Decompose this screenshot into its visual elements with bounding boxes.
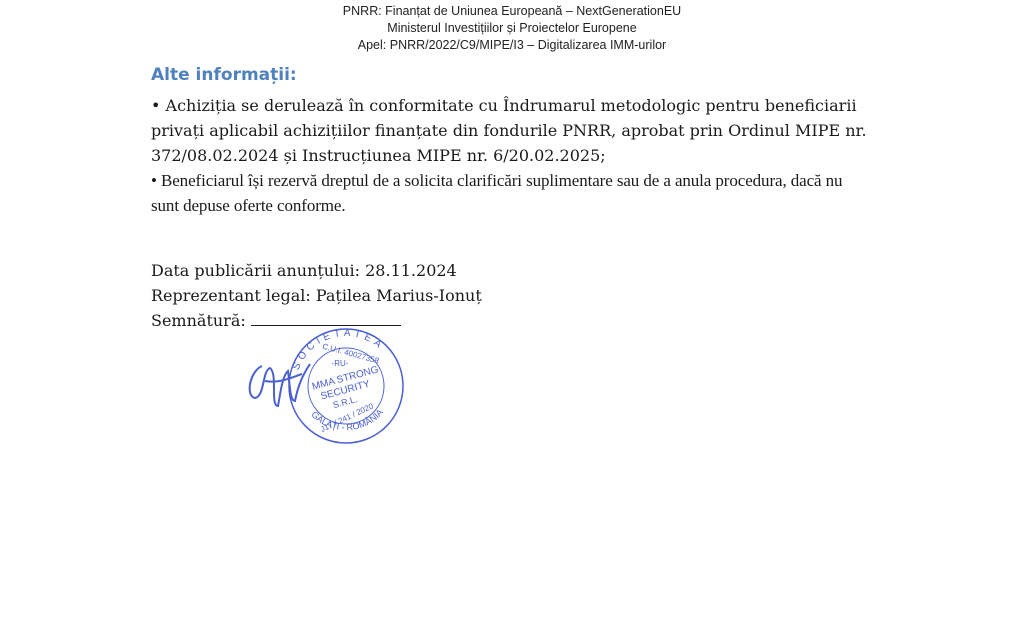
header-line-1: PNRR: Finanțat de Uniunea Europeană – Ne… (0, 3, 1024, 20)
signature-label: Semnătură: (151, 311, 251, 330)
document-footer: Data publicării anunțului: 28.11.2024 Re… (151, 258, 482, 333)
header-line-2: Ministerul Investițiilor și Proiectelor … (0, 20, 1024, 37)
bullet-item: • Achiziția se derulează în conformitate… (151, 93, 871, 168)
company-stamp: SOCIETATEA GALAȚI - ROMÂNIA C.U.I. 40027… (240, 326, 410, 456)
section-title: Alte informații: (151, 65, 297, 85)
publication-date: Data publicării anunțului: 28.11.2024 (151, 258, 482, 283)
stamp-seal-icon: SOCIETATEA GALAȚI - ROMÂNIA C.U.I. 40027… (289, 328, 403, 443)
header-line-3: Apel: PNRR/2022/C9/MIPE/I3 – Digitalizar… (0, 37, 1024, 54)
document-header: PNRR: Finanțat de Uniunea Europeană – Ne… (0, 3, 1024, 54)
bullet-item: • Beneficiarul își rezervă dreptul de a … (151, 168, 871, 218)
signature-line (251, 309, 401, 326)
svg-text:-RU-: -RU- (332, 359, 349, 368)
legal-representative: Reprezentant legal: Pațilea Marius-Ionuț (151, 283, 482, 308)
